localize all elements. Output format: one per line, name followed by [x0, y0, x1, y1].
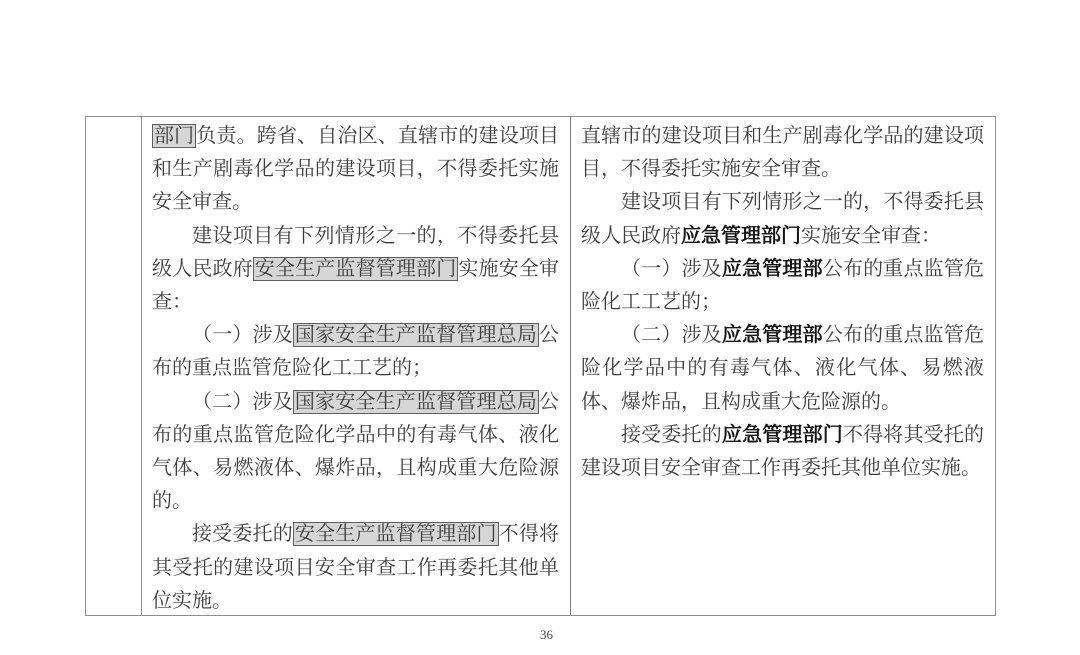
text-run: 负责。跨省、自治区、直辖市的建设项目和生产剧毒化学品的建设项目，不得委托实施安全…	[152, 125, 559, 213]
paragraph: （二）涉及国家安全生产监督管理总局公布的重点监管危险化学品中的有毒气体、液化气体…	[152, 386, 559, 519]
highlighted-old-term: 安全生产监督管理部门	[253, 257, 459, 281]
new-text-column: 直辖市的建设项目和生产剧毒化学品的建设项目，不得委托实施安全审查。建设项目有下列…	[571, 117, 995, 615]
paragraph: 接受委托的应急管理部门不得将其受托的建设项目安全审查工作再委托其他单位实施。	[581, 419, 984, 485]
document-page: 部门负责。跨省、自治区、直辖市的建设项目和生产剧毒化学品的建设项目，不得委托实施…	[0, 0, 1080, 655]
text-run: 接受委托的	[192, 523, 293, 545]
paragraph: 建设项目有下列情形之一的，不得委托县级人民政府安全生产监督管理部门实施安全审查：	[152, 220, 559, 320]
text-run: 直辖市的建设项目和生产剧毒化学品的建设项目，不得委托实施安全审查。	[581, 125, 984, 180]
paragraph: （二）涉及应急管理部公布的重点监管危险化学品中的有毒气体、液化气体、易燃液体、爆…	[581, 319, 984, 419]
emphasized-new-term: 应急管理部门	[722, 424, 843, 446]
paragraph: 部门负责。跨省、自治区、直辖市的建设项目和生产剧毒化学品的建设项目，不得委托实施…	[152, 120, 559, 220]
emphasized-new-term: 应急管理部门	[681, 225, 801, 247]
text-run: 接受委托的	[621, 424, 722, 446]
row-label-column-empty	[86, 117, 142, 615]
text-run: （一）涉及	[192, 324, 293, 346]
highlighted-old-term: 国家安全生产监督管理总局	[293, 323, 539, 347]
text-run: （二）涉及	[192, 391, 293, 413]
paragraph: （一）涉及国家安全生产监督管理总局公布的重点监管危险化工工艺的；	[152, 319, 559, 385]
emphasized-new-term: 应急管理部	[722, 324, 823, 346]
text-run: （二）涉及	[621, 324, 722, 346]
page-number: 36	[540, 627, 553, 643]
text-run: 实施安全审查：	[801, 225, 941, 247]
emphasized-new-term: 应急管理部	[722, 258, 823, 280]
regulation-comparison-table: 部门负责。跨省、自治区、直辖市的建设项目和生产剧毒化学品的建设项目，不得委托实施…	[85, 116, 996, 616]
paragraph: （一）涉及应急管理部公布的重点监管危险化工工艺的；	[581, 253, 984, 319]
old-text-column: 部门负责。跨省、自治区、直辖市的建设项目和生产剧毒化学品的建设项目，不得委托实施…	[142, 117, 571, 615]
highlighted-old-term: 安全生产监督管理部门	[293, 522, 499, 546]
paragraph: 建设项目有下列情形之一的，不得委托县级人民政府应急管理部门实施安全审查：	[581, 186, 984, 252]
highlighted-old-term: 部门	[152, 124, 196, 148]
text-run: （一）涉及	[621, 258, 722, 280]
paragraph: 直辖市的建设项目和生产剧毒化学品的建设项目，不得委托实施安全审查。	[581, 120, 984, 186]
paragraph: 接受委托的安全生产监督管理部门不得将其受托的建设项目安全审查工作再委托其他单位实…	[152, 518, 559, 618]
highlighted-old-term: 国家安全生产监督管理总局	[293, 390, 539, 414]
